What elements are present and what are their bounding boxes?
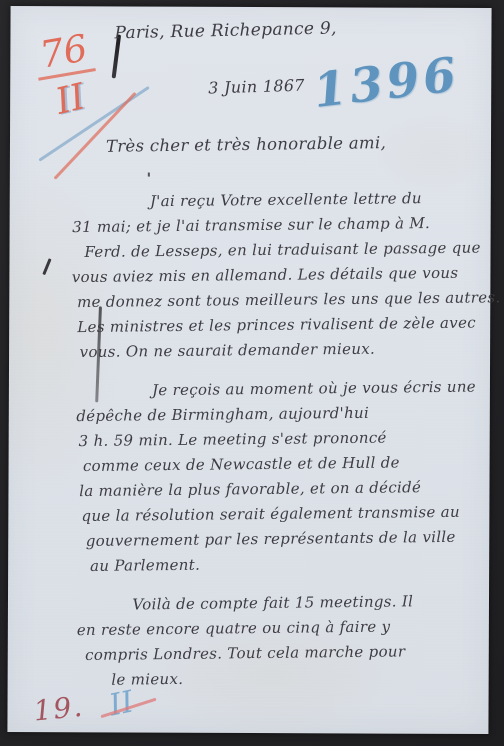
letter-line: au Parlement. [90, 550, 480, 579]
letter-line: Je reçois au moment où je vous écris une [152, 375, 478, 404]
letter-page: 76 II Paris, Rue Richepance 9, 3 Juin 18… [7, 6, 491, 734]
letter-line: vous. On ne saurait demander mieux. [79, 336, 477, 366]
letter-line: J'ai reçu Votre excellente lettre du [150, 186, 476, 215]
letter-address: Paris, Rue Richepance 9, [114, 18, 337, 43]
catalog-number-blue: 1396 [311, 47, 463, 119]
stray-ink-slash [42, 258, 51, 275]
archival-number-red-numerator: 76 [31, 26, 96, 81]
letter-line: gouvernement par les représentants de la… [86, 525, 480, 554]
letter-paragraph: Voilà de compte fait 15 meetings. Ilen r… [70, 589, 481, 694]
letter-paragraph: J'ai reçu Votre excellente lettre du31 m… [66, 186, 478, 366]
archival-number-red-denominator: II [52, 75, 97, 123]
ink-dot-mark [148, 173, 150, 177]
letter-salutation: Très cher et très honorable ami, [106, 133, 386, 156]
letter-body: J'ai reçu Votre excellente lettre du31 m… [66, 186, 482, 694]
folio-number-maroon: 19. [32, 690, 86, 728]
letter-line: le mieux. [111, 664, 481, 693]
archival-number-red: 76 II [34, 30, 92, 119]
letter-line: Les ministres et les princes rivalisent … [77, 311, 477, 341]
letter-date: 3 Juin 1867 [208, 76, 305, 98]
letter-paragraph: Je reçois au moment où je vous écris une… [68, 375, 480, 580]
